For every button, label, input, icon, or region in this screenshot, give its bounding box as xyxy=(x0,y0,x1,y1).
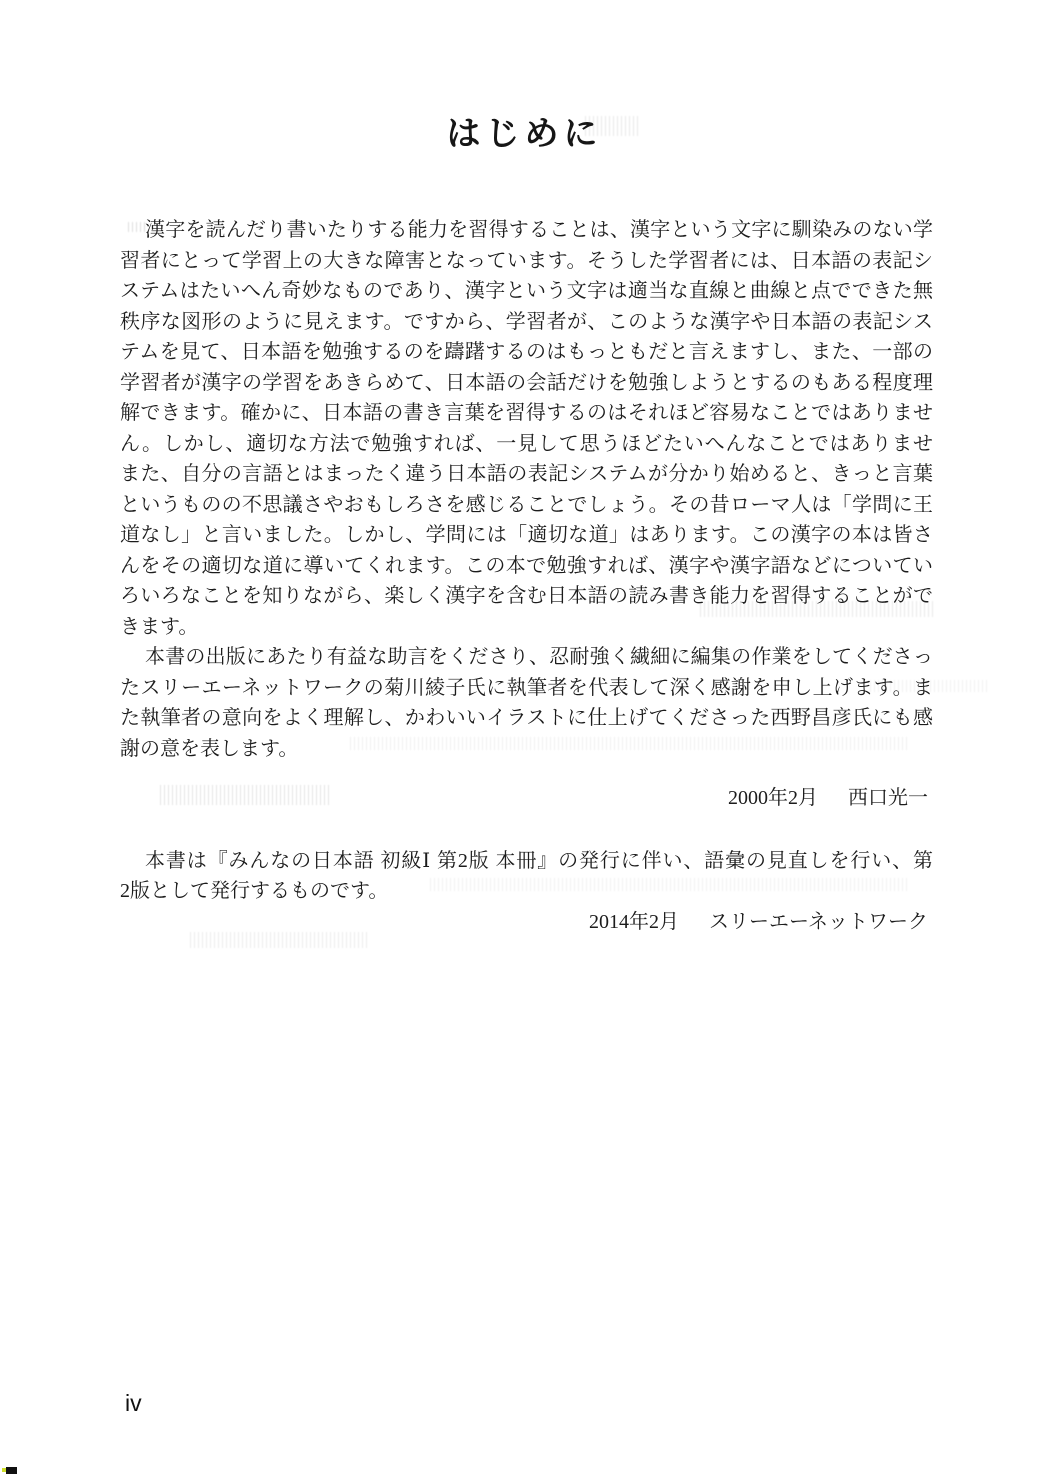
preface-line: 本書は『みんなの日本語 初級Ⅰ 第2版 本冊』の発行に伴い、語彙の見直しを行い、… xyxy=(120,846,933,877)
preface-line: ステムはたいへん奇妙なものであり、漢字という文字は適当な直線と曲線と点でできた無 xyxy=(120,276,933,307)
scan-corner-mark xyxy=(6,1467,17,1474)
preface-line: テムを見て、日本語を勉強するのを躊躇するのはもっともだと言えますし、また、一部の xyxy=(120,337,933,368)
preface-paragraph-2: 本書の出版にあたり有益な助言をくださり、忍耐強く繊細に編集の作業をしてくださっ … xyxy=(120,642,933,764)
preface-body: 漢字を読んだり書いたりする能力を習得することは、漢字という文字に馴染みのない学 … xyxy=(120,215,933,937)
signoff-author: 西口光一 xyxy=(848,787,928,809)
scanned-preface-page: はじめに 漢字を読んだり書いたりする能力を習得することは、漢字という文字に馴染み… xyxy=(0,0,1049,1475)
signoff-2000: 2000年2月西口光一 xyxy=(120,783,933,814)
preface-line: 本書の出版にあたり有益な助言をくださり、忍耐強く繊細に編集の作業をしてくださっ xyxy=(120,642,933,673)
preface-line: 学習者が漢字の学習をあきらめて、日本語の会話だけを勉強しようとするのもある程度理 xyxy=(120,368,933,399)
page-number: iv xyxy=(125,1390,142,1417)
preface-line: ろいろなことを知りながら、楽しく漢字を含む日本語の読み書き能力を習得することがで xyxy=(120,581,933,612)
preface-line: 2版として発行するものです。 xyxy=(120,876,933,907)
signoff-date: 2000年2月 xyxy=(728,787,818,809)
preface-line: 解できます。確かに、日本語の書き言葉を習得するのはそれほど容易なことではありませ xyxy=(120,398,933,429)
preface-line: ん。しかし、適切な方法で勉強すれば、一見して思うほどたいへんなことではありません… xyxy=(120,429,933,460)
preface-line: 漢字を読んだり書いたりする能力を習得することは、漢字という文字に馴染みのない学 xyxy=(120,215,933,246)
preface-line: た執筆者の意向をよく理解し、かわいいイラストに仕上げてくださった西野昌彦氏にも感 xyxy=(120,703,933,734)
preface-line: また、自分の言語とはまったく違う日本語の表記システムが分かり始めると、きっと言葉 xyxy=(120,459,933,490)
preface-line: 道なし」と言いました。しかし、学問には「適切な道」はあります。この漢字の本は皆さ xyxy=(120,520,933,551)
preface-line: んをその適切な道に導いてくれます。この本で勉強すれば、漢字や漢字語などについてい xyxy=(120,551,933,582)
preface-line: きます。 xyxy=(120,612,933,643)
page-title: はじめに xyxy=(0,106,1049,155)
scan-corner-mark xyxy=(2,1468,6,1472)
preface-line: 習者にとって学習上の大きな障害となっています。そうした学習者には、日本語の表記シ xyxy=(120,246,933,277)
signoff-2014: 2014年2月スリーエーネットワーク xyxy=(120,907,933,938)
preface-paragraph-3: 本書は『みんなの日本語 初級Ⅰ 第2版 本冊』の発行に伴い、語彙の見直しを行い、… xyxy=(120,846,933,907)
signoff-date: 2014年2月 xyxy=(589,911,679,933)
signoff-author: スリーエーネットワーク xyxy=(709,911,928,933)
preface-line: というものの不思議さやおもしろさを感じることでしょう。その昔ローマ人は「学問に王 xyxy=(120,490,933,521)
preface-line: たスリーエーネットワークの菊川綾子氏に執筆者を代表して深く感謝を申し上げます。ま xyxy=(120,673,933,704)
preface-paragraph-1: 漢字を読んだり書いたりする能力を習得することは、漢字という文字に馴染みのない学 … xyxy=(120,215,933,642)
preface-line: 謝の意を表します。 xyxy=(120,734,933,765)
preface-line: 秩序な図形のように見えます。ですから、学習者が、このような漢字や日本語の表記シス xyxy=(120,307,933,338)
